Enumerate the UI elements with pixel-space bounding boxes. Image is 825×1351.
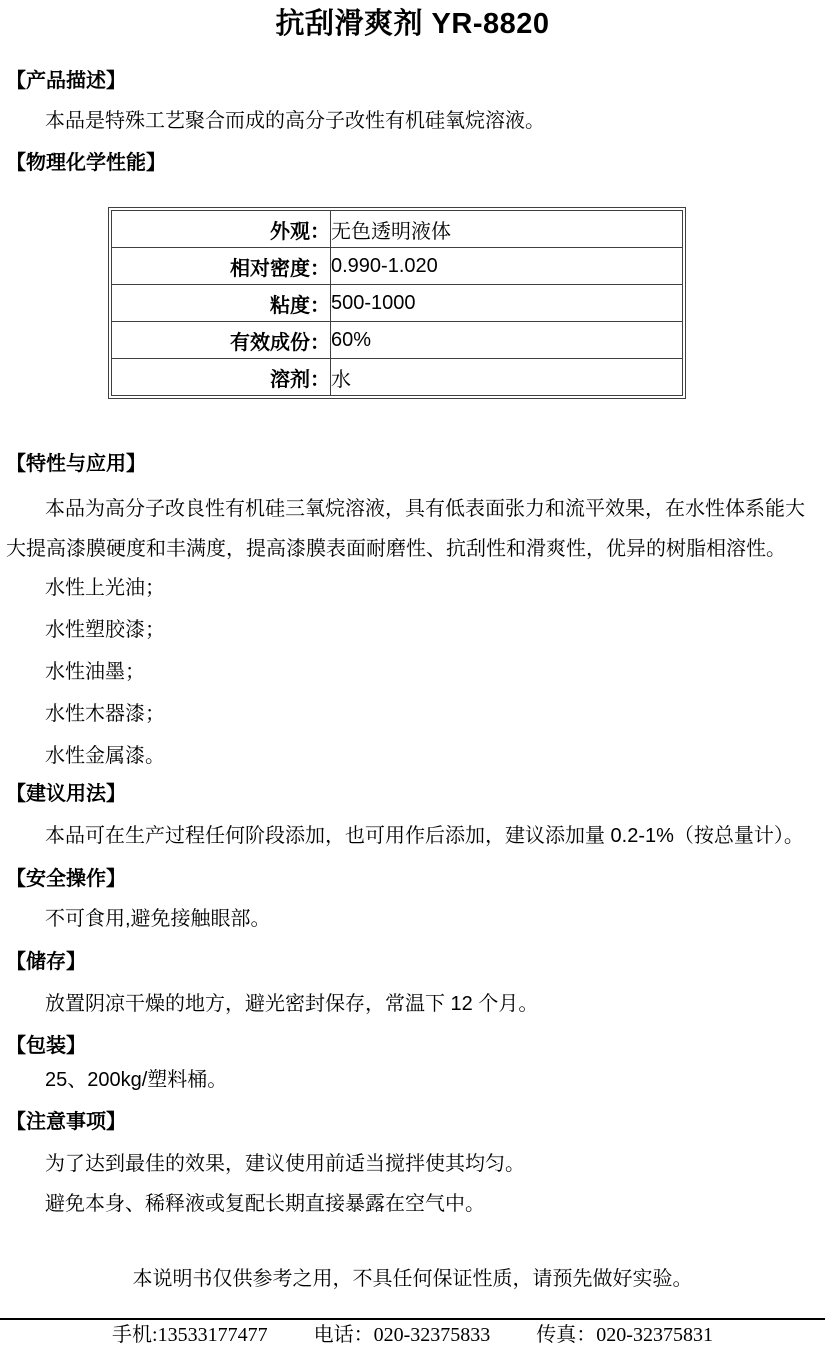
footer-mobile: 手机:13533177477 (112, 1324, 268, 1346)
section-heading-safety: 【安全操作】 (0, 866, 825, 892)
application-list-item: 水性木器漆； (0, 701, 825, 727)
property-label: 粘度： (112, 285, 331, 322)
application-list-item: 水性上光油； (0, 575, 825, 601)
features-body: 本品为高分子改良性有机硅三氧烷溶液，具有低表面张力和流平效果，在水性体系能大大提… (6, 489, 821, 569)
table-row: 溶剂： 水 (112, 359, 683, 396)
footer-phone: 电话：020-32375833 (314, 1324, 491, 1346)
table-row: 有效成份： 60% (112, 322, 683, 359)
section-heading-notes: 【注意事项】 (0, 1109, 825, 1135)
table-row: 粘度： 500-1000 (112, 285, 683, 322)
product-datasheet: 抗刮滑爽剂 YR-8820 【产品描述】 本品是特殊工艺聚合而成的高分子改性有机… (0, 0, 825, 1351)
section-heading-physchem: 【物理化学性能】 (0, 150, 825, 176)
property-label: 相对密度： (112, 248, 331, 285)
section-heading-usage: 【建议用法】 (0, 781, 825, 807)
application-list: 水性上光油； 水性塑胶漆； 水性油墨； 水性木器漆； 水性金属漆。 (0, 575, 825, 769)
storage-body: 放置阴凉干燥的地方，避光密封保存，常温下 12 个月。 (0, 991, 825, 1017)
property-value: 0.990-1.020 (331, 248, 683, 285)
safety-body: 不可食用,避免接触眼部。 (0, 906, 825, 932)
packaging-body: 25、200kg/塑料桶。 (0, 1067, 825, 1093)
product-desc-body: 本品是特殊工艺聚合而成的高分子改性有机硅氧烷溶液。 (0, 108, 825, 134)
property-value: 60% (331, 322, 683, 359)
section-heading-packaging: 【包装】 (0, 1033, 825, 1059)
property-label: 外观： (112, 211, 331, 248)
property-value: 无色透明液体 (331, 211, 683, 248)
disclaimer-text: 本说明书仅供参考之用，不具任何保证性质，请预先做好实验。 (0, 1266, 825, 1292)
footer-fax: 传真：020-32375831 (536, 1324, 713, 1346)
section-heading-product-desc: 【产品描述】 (0, 68, 825, 94)
application-list-item: 水性金属漆。 (0, 743, 825, 769)
notes-line-2: 避免本身、稀释液或复配长期直接暴露在空气中。 (0, 1191, 825, 1217)
property-value: 500-1000 (331, 285, 683, 322)
application-list-item: 水性油墨； (0, 659, 825, 685)
property-label: 溶剂： (112, 359, 331, 396)
property-value: 水 (331, 359, 683, 396)
section-heading-storage: 【储存】 (0, 949, 825, 975)
usage-body: 本品可在生产过程任何阶段添加，也可用作后添加，建议添加量 0.2-1%（按总量计… (0, 823, 825, 849)
notes-line-1: 为了达到最佳的效果，建议使用前适当搅拌使其均匀。 (0, 1151, 825, 1177)
table-row: 外观： 无色透明液体 (112, 211, 683, 248)
table-row: 相对密度： 0.990-1.020 (112, 248, 683, 285)
section-heading-features: 【特性与应用】 (0, 451, 825, 477)
properties-table: 外观： 无色透明液体 相对密度： 0.990-1.020 粘度： 500-100… (108, 207, 686, 399)
property-label: 有效成份： (112, 322, 331, 359)
footer: 手机:13533177477 电话：020-32375833 传真：020-32… (0, 1318, 825, 1351)
page-title: 抗刮滑爽剂 YR-8820 (0, 6, 825, 42)
application-list-item: 水性塑胶漆； (0, 617, 825, 643)
